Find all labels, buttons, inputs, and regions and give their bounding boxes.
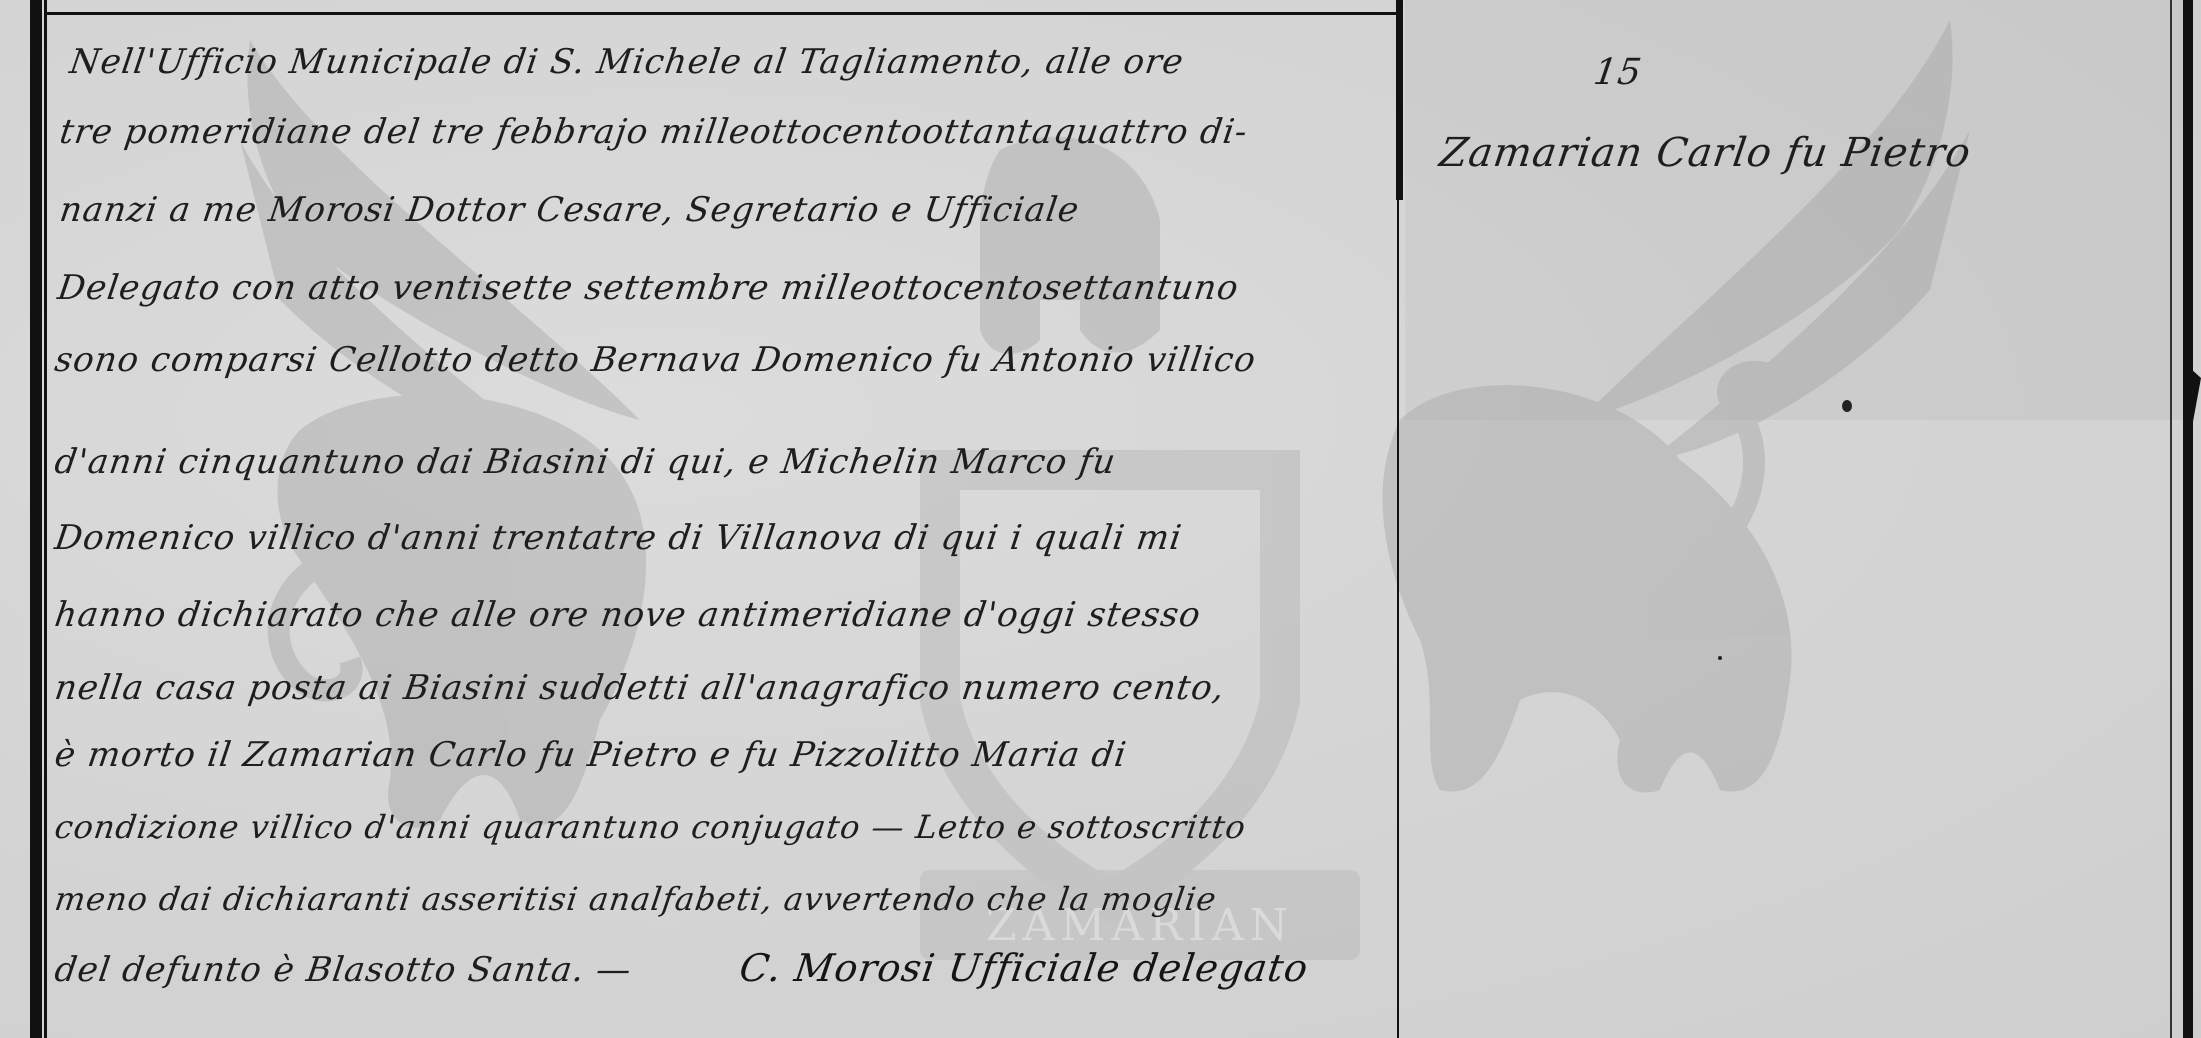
ink-spot <box>1842 400 1852 412</box>
record-line: Nell'Ufficio Municipale di S. Michele al… <box>67 42 1186 82</box>
record-line: hanno dichiarato che alle ore nove antim… <box>52 595 1203 635</box>
left-border-thin <box>44 0 47 1038</box>
record-line: meno dai dichiaranti asseritisi analfabe… <box>52 880 1219 918</box>
right-lion-icon <box>1383 385 1792 792</box>
record-line: del defunto è Blasotto Santa. — <box>52 950 634 990</box>
right-border-thick <box>2183 0 2193 1038</box>
record-line: d'anni cinquantuno dai Biasini di qui, e… <box>52 442 1118 482</box>
column-divider-thick <box>1396 0 1403 200</box>
scan-shade-band <box>1405 0 2190 420</box>
ink-spot <box>1718 656 1722 660</box>
record-line: nanzi a me Morosi Dottor Cesare, Segreta… <box>57 190 1082 230</box>
right-edge-wedge <box>2190 368 2201 438</box>
deceased-name: Zamarian Carlo fu Pietro <box>1437 130 1974 176</box>
record-line: sono comparsi Cellotto detto Bernava Dom… <box>52 340 1258 380</box>
helmet-icon <box>980 137 1160 354</box>
left-border-thick <box>30 0 42 1038</box>
column-divider-thin <box>1397 200 1399 1038</box>
record-line: tre pomeridiane del tre febbrajo milleot… <box>57 112 1250 152</box>
document-page: ZAMARIAN Nell'Ufficio Municipale di S. M… <box>0 0 2201 1038</box>
record-number: 15 <box>1591 52 1645 93</box>
record-line: condizione villico d'anni quarantuno con… <box>52 808 1248 846</box>
registrar-signature: C. Morosi Ufficiale delegato <box>737 946 1311 990</box>
record-line: nella casa posta ai Biasini suddetti all… <box>52 668 1227 708</box>
top-border <box>44 12 1399 15</box>
record-line: è morto il Zamarian Carlo fu Pietro e fu… <box>52 735 1129 775</box>
right-border-thin <box>2170 0 2172 1038</box>
record-line: Delegato con atto ventisette settembre m… <box>55 268 1241 308</box>
record-line: Domenico villico d'anni trentatre di Vil… <box>52 518 1184 558</box>
